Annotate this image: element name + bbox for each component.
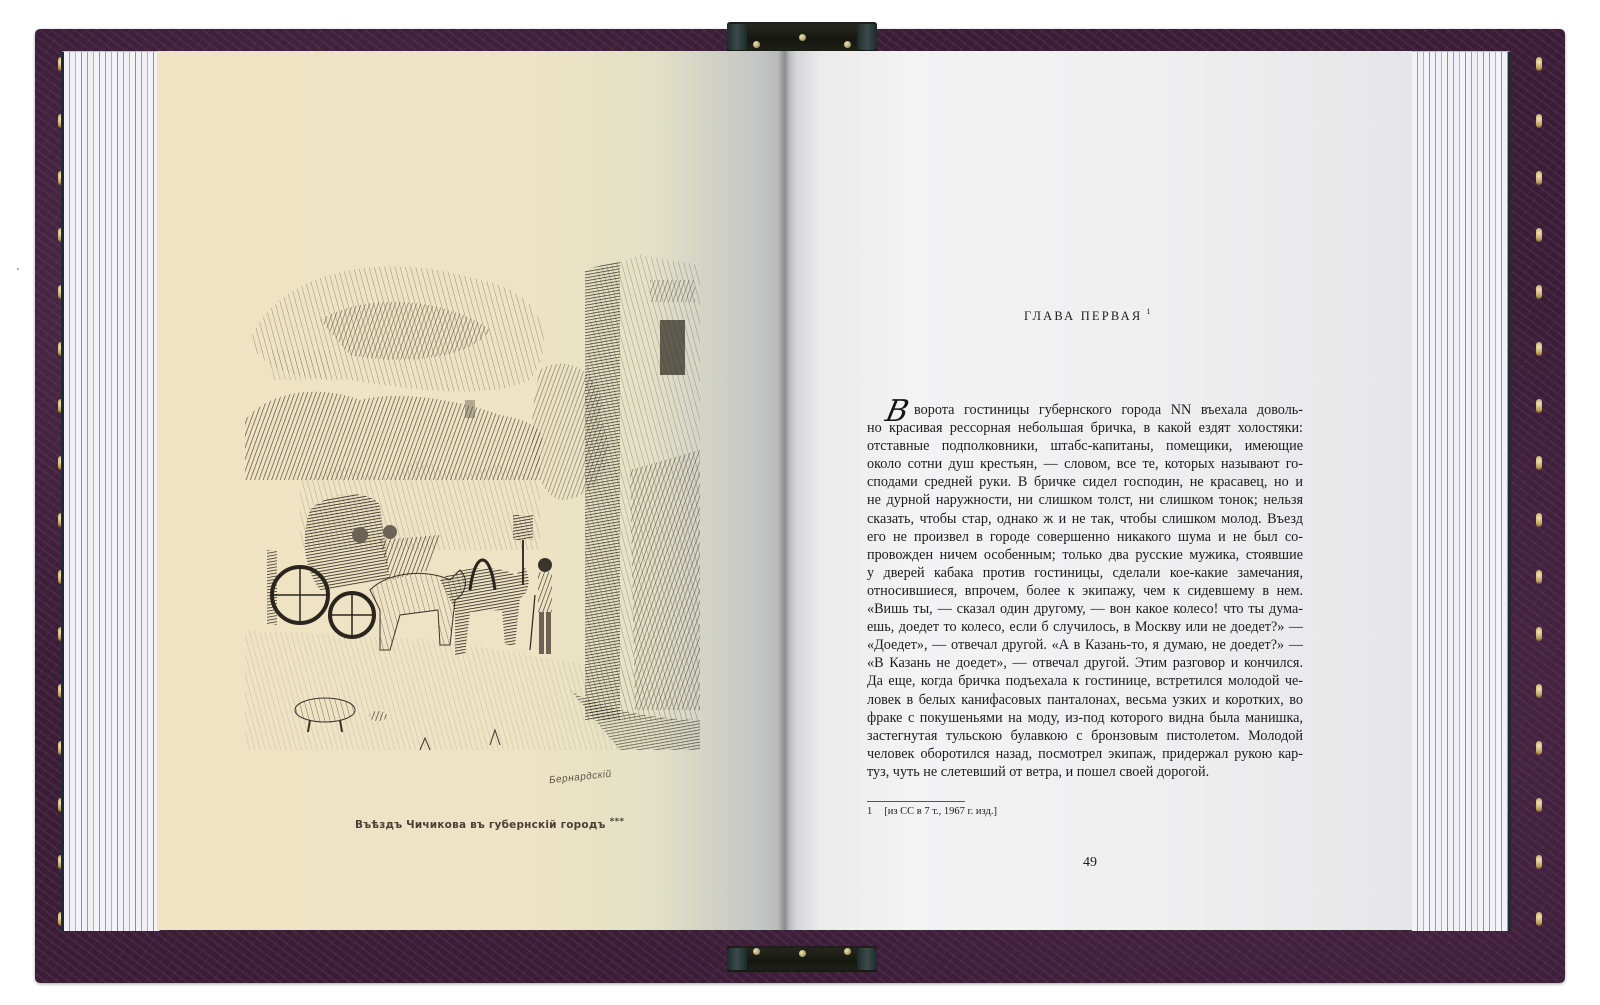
gold-ornament-icon <box>1536 513 1542 527</box>
gold-ornament-icon <box>1536 114 1542 128</box>
clasp-stud-icon <box>799 950 806 957</box>
clasp-stud-icon <box>844 948 851 955</box>
clasp-stud-icon <box>753 948 760 955</box>
text-line: сподами средней руки. В бричке сидел гос… <box>867 473 1303 491</box>
text-line: фраке с покушеньями на моду, из-под кото… <box>867 709 1303 727</box>
gold-ornament-icon <box>1536 171 1542 185</box>
gold-ornament-icon <box>1536 798 1542 812</box>
gold-ornament-icon <box>1536 627 1542 641</box>
text-line: «В Казань не доедет», — отвечал другой. … <box>867 654 1303 672</box>
footnote-text: [из СС в 7 т., 1967 г. изд.] <box>884 806 997 817</box>
chapter-body-text: В ворота гостиницы губернского города NN… <box>867 401 1303 781</box>
engraving-illustration <box>240 250 700 810</box>
gold-ornament-icon <box>1536 285 1542 299</box>
gutter-shadow <box>778 51 790 930</box>
text-line: не дурной наружности, ни слишком толст, … <box>867 491 1303 509</box>
gold-ornament-icon <box>1536 684 1542 698</box>
chapter-title: ГЛАВА ПЕРВАЯ1 <box>1024 307 1150 324</box>
gold-ornament-icon <box>1536 741 1542 755</box>
footnote-number: 1 <box>867 806 872 817</box>
footnote: 1[из СС в 7 т., 1967 г. изд.] <box>867 806 997 817</box>
text-line: относившиеся, впрочем, более к экипажу, … <box>867 582 1303 600</box>
text-line: отставные подполковники, штабс-капитаны,… <box>867 437 1303 455</box>
text-line: провожден ничем особенным; только два ру… <box>867 546 1303 564</box>
page-number: 49 <box>1083 855 1097 871</box>
first-line-text: ворота гостиницы губернского города NN в… <box>914 401 1303 419</box>
spine-clasp-bottom <box>727 946 877 972</box>
gold-ornament-icon <box>1536 57 1542 71</box>
text-line: Да еще, когда бричка подъехала к гостини… <box>867 672 1303 690</box>
gold-ornament-icon <box>1536 570 1542 584</box>
gold-ornament-icon <box>1536 399 1542 413</box>
text-line: ешь, доедет то колесо, если б случилось,… <box>867 618 1303 636</box>
text-line: «Вишь ты, — сказал один другому, — вон к… <box>867 600 1303 618</box>
text-line: застегнутая тульскою булавкою с бронзовы… <box>867 727 1303 745</box>
text-line: у дверей кабака против гостиницы, сделал… <box>867 564 1303 582</box>
illustration-caption: Въѣздъ Чичикова въ губернскiй городъ*** <box>355 817 595 831</box>
gold-ornament-icon <box>1536 228 1542 242</box>
text-line: но красивая рессорная небольшая бричка, … <box>867 419 1303 437</box>
text-line: его не произвел в городе совершенно ника… <box>867 528 1303 546</box>
gold-ornament-icon <box>1536 912 1542 926</box>
gold-ornament-icon <box>1536 342 1542 356</box>
gold-ornament-icon <box>1536 456 1542 470</box>
caption-text: Въѣздъ Чичикова въ губернскiй городъ <box>355 819 606 831</box>
text-line: ловек в белых канифасовых панталонах, ве… <box>867 691 1303 709</box>
footnote-divider <box>867 801 965 802</box>
page-edges-right <box>1412 51 1511 931</box>
text-line: сказать, чтобы стар, однако ж и не так, … <box>867 510 1303 528</box>
text-line: «Доедет», — отвечал другой. «А в Казань-… <box>867 636 1303 654</box>
text-line-first: В ворота гостиницы губернского города NN… <box>867 401 1303 419</box>
clasp-stud-icon <box>799 34 806 41</box>
chapter-title-text: ГЛАВА ПЕРВАЯ <box>1024 309 1142 323</box>
text-line: около сотни душ крестьян, — словом, все … <box>867 455 1303 473</box>
clasp-stud-icon <box>844 41 851 48</box>
clasp-stud-icon <box>753 41 760 48</box>
stray-mark <box>17 268 19 270</box>
text-line: человек оборотился назад, посмотрел экип… <box>867 745 1303 763</box>
chapter-footnote-ref: 1 <box>1146 307 1150 316</box>
drop-initial: В <box>884 403 910 421</box>
gold-ornament-icon <box>1536 855 1542 869</box>
spine-clasp-top <box>727 22 877 52</box>
caption-mark: *** <box>610 817 625 827</box>
page-edges-left <box>61 51 160 931</box>
carriage-engraving-icon <box>240 250 700 810</box>
text-line-last: туз, чуть не слетевший от ветра, и пошел… <box>867 763 1303 781</box>
